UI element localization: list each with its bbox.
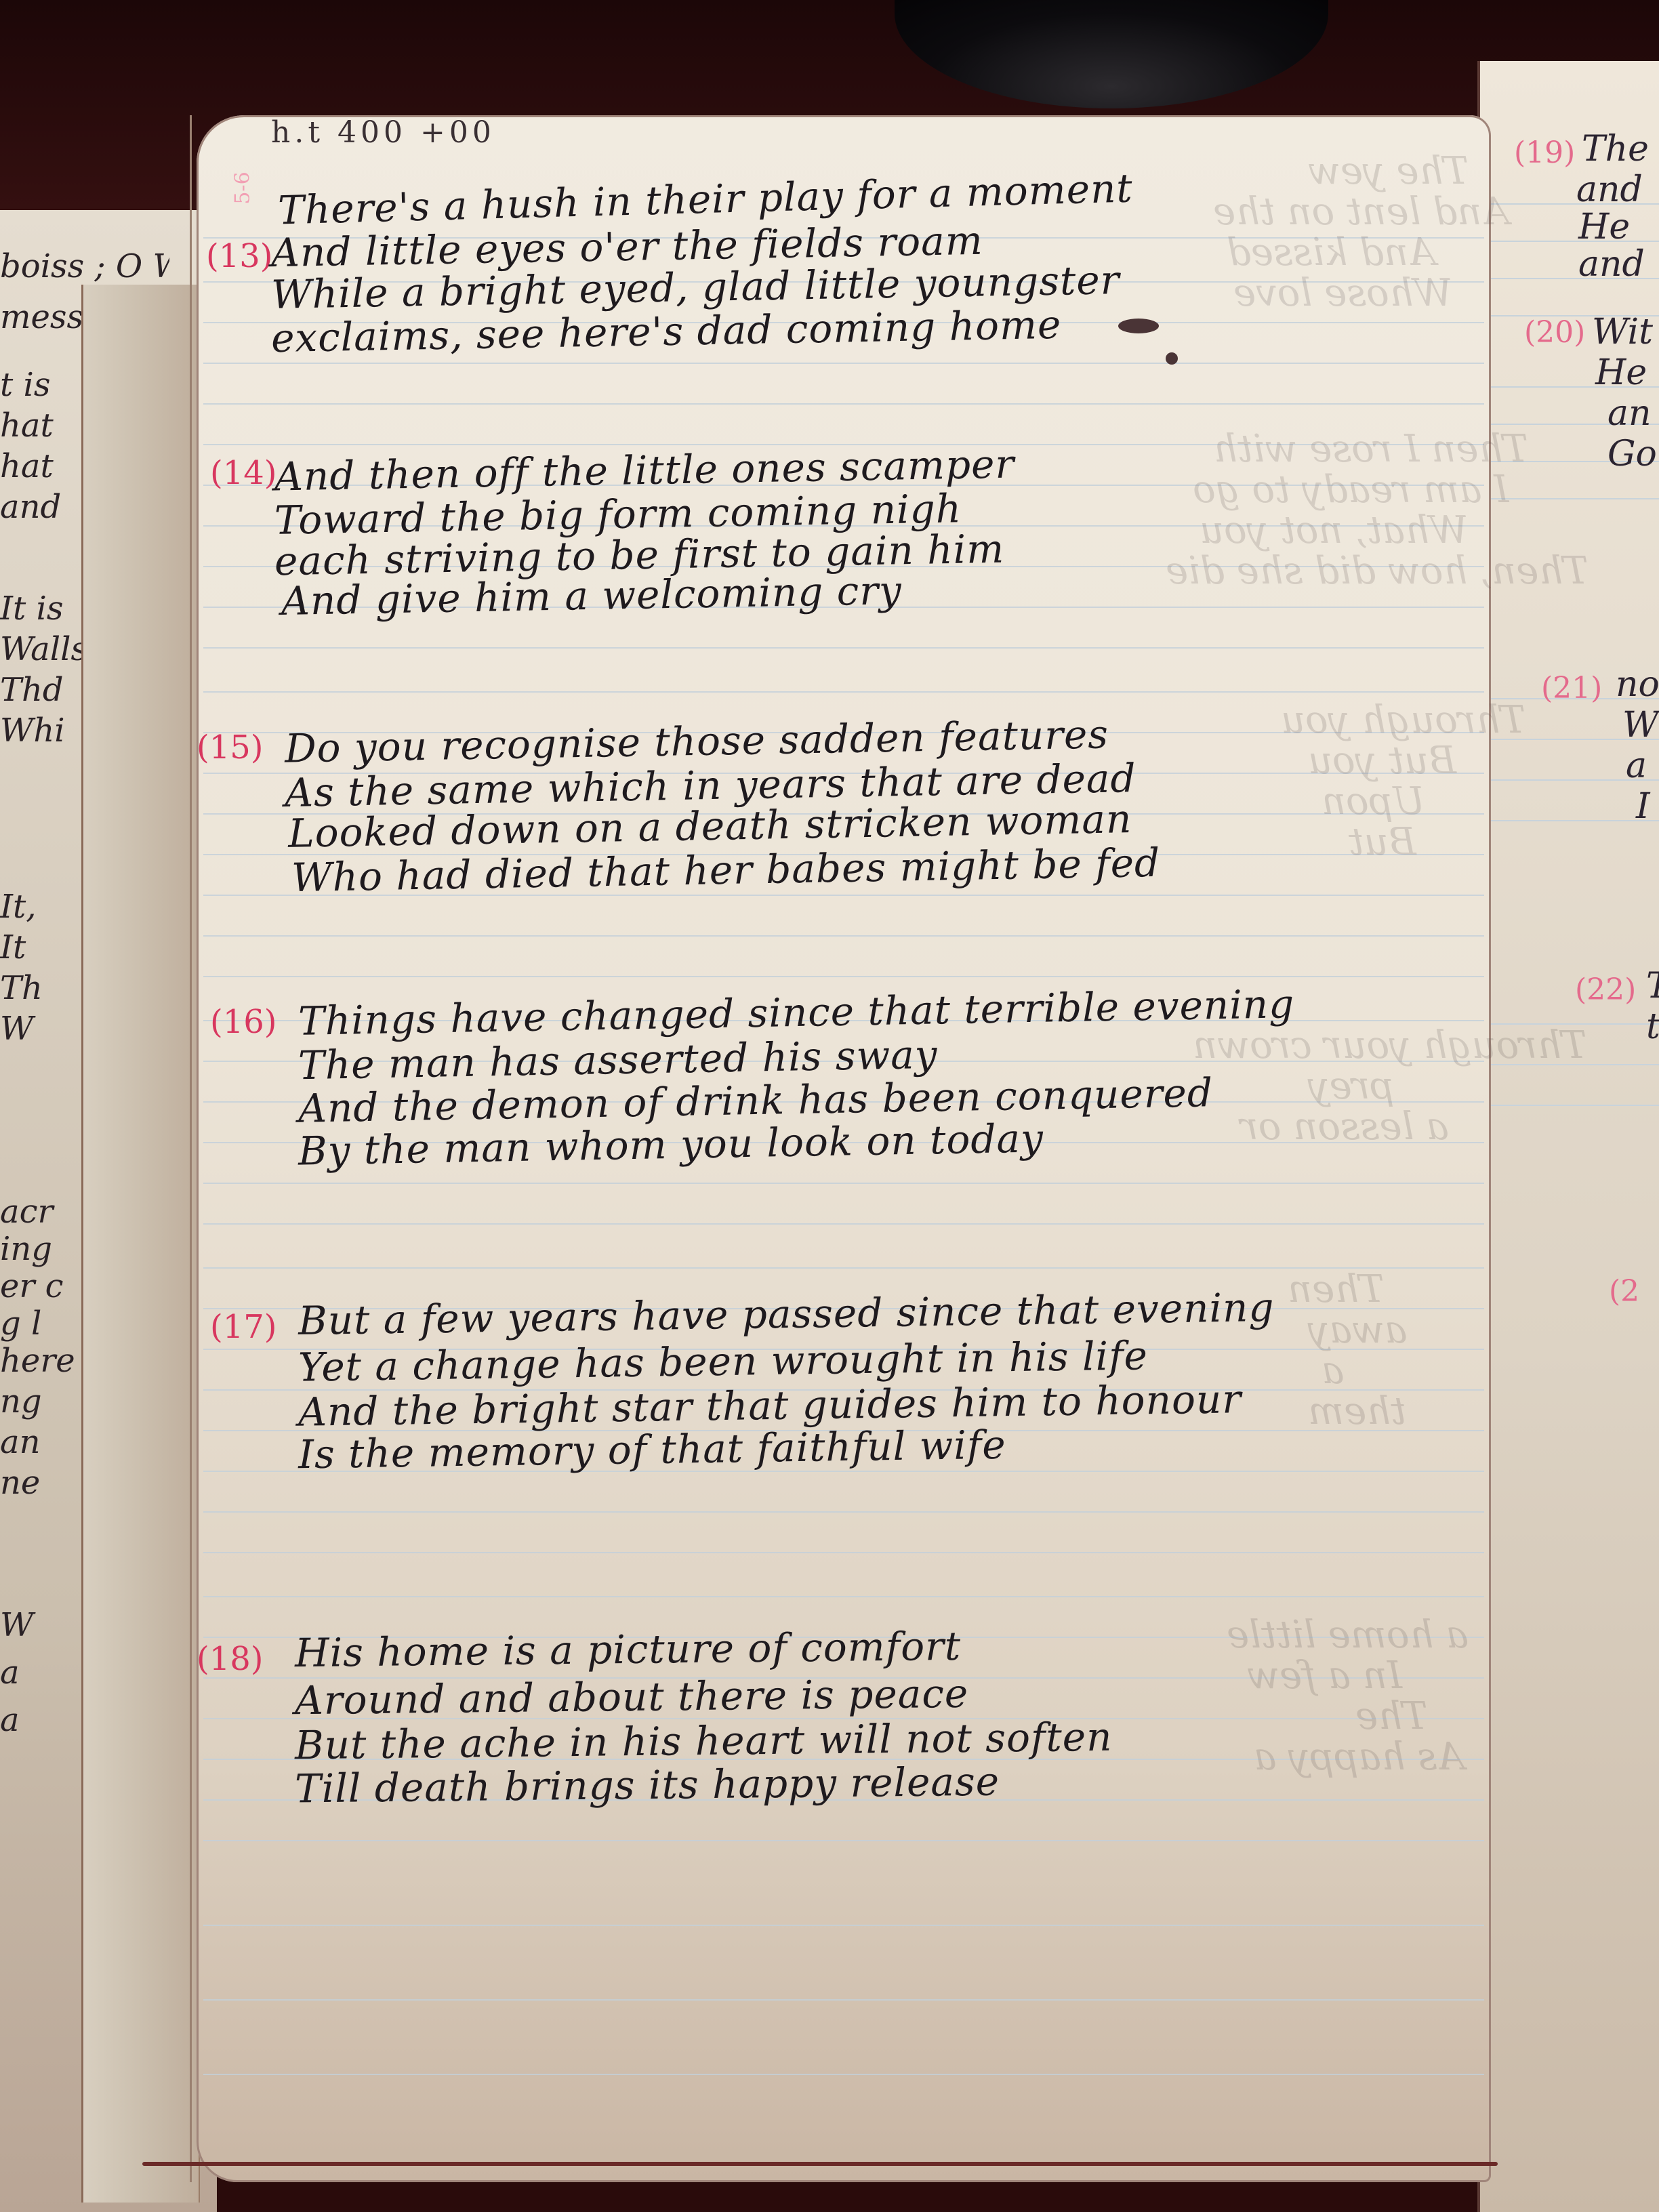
ruled-line — [203, 691, 1484, 693]
bleed-through-text: Whose love — [1233, 271, 1452, 315]
right-fragment: a — [1626, 745, 1647, 786]
ruled-line — [203, 1925, 1484, 1926]
ruled-line — [1480, 1105, 1659, 1106]
poem-line: And give him a welcoming cry — [281, 567, 902, 624]
margin-side-note: 5-6 — [231, 171, 255, 204]
ruled-line — [203, 1223, 1484, 1225]
page-margin-line — [190, 115, 192, 2182]
right-fragment: and — [1576, 169, 1643, 210]
ruled-line — [203, 976, 1484, 977]
right-fragment: no — [1616, 664, 1659, 705]
poem-line: Is the memory of that faithful wife — [298, 1422, 1006, 1478]
stanza-number: (22) — [1575, 972, 1636, 1007]
ruled-line — [203, 1552, 1484, 1553]
bleed-through-text: The yew — [1308, 149, 1469, 193]
left-fragment: boiss ; O Wa — [0, 247, 169, 285]
right-fragment: He — [1578, 207, 1630, 247]
ruled-line — [1480, 241, 1659, 242]
stanza-number: (14) — [210, 454, 277, 492]
ruled-line — [203, 2074, 1484, 2075]
ruled-line — [203, 403, 1484, 405]
poem-line: His home is a picture of comfort — [295, 1623, 962, 1676]
ink-blot — [1166, 352, 1178, 365]
bleed-through-text: Then, how did she die — [1166, 549, 1589, 593]
bleed-through-text: a lesson or — [1240, 1105, 1449, 1149]
stanza-number: (13) — [206, 237, 273, 275]
header-scrawl: h.t 400 +00 — [271, 115, 495, 150]
bleed-through-text: Through your crown — [1193, 1023, 1587, 1067]
ruled-line — [203, 935, 1484, 937]
stanza-number: (2 — [1609, 1274, 1639, 1309]
bleed-through-text: a home little — [1227, 1613, 1469, 1657]
bleed-through-text: a — [1322, 1349, 1344, 1393]
page-bottom-edge — [142, 2162, 1498, 2166]
poem-line: Around and about there is peace — [295, 1671, 969, 1723]
ruled-line — [203, 647, 1484, 649]
bleed-through-text: What, not you — [1200, 508, 1469, 552]
right-fragment: Wit — [1592, 312, 1653, 352]
stanza-number: (16) — [210, 1003, 277, 1041]
stanza-number: (19) — [1514, 136, 1575, 170]
right-fragment: Go — [1607, 434, 1657, 474]
ruled-line — [203, 1999, 1484, 2001]
ruled-line — [203, 1840, 1484, 1841]
ruled-line — [203, 1183, 1484, 1184]
ink-blot — [1118, 319, 1159, 333]
stanza-number: (15) — [197, 729, 264, 766]
bleed-through-text: Through you — [1281, 698, 1525, 742]
right-adjacent-page: (19) The and He and (20) Wit He an Go (2… — [1477, 61, 1659, 2212]
stanza-number: (17) — [210, 1308, 277, 1346]
right-fragment: t — [1646, 1006, 1659, 1047]
stanza-number: (18) — [197, 1640, 264, 1678]
right-fragment: W — [1622, 705, 1658, 745]
bleed-through-text: Then — [1288, 1267, 1385, 1311]
bleed-through-text: And kissed — [1227, 230, 1435, 274]
ruled-line — [203, 1511, 1484, 1513]
right-fragment: The — [1582, 129, 1649, 169]
notebook-page: The yew And lent on the And kissed Whose… — [197, 115, 1491, 2182]
bleed-through-text: away — [1308, 1308, 1407, 1352]
right-fragment: He — [1595, 352, 1647, 393]
torn-page-edges — [81, 285, 200, 2203]
stanza-number: (21) — [1541, 671, 1602, 705]
bleed-through-text: Upon — [1322, 779, 1425, 823]
bleed-through-text: But you — [1308, 739, 1456, 783]
ruled-line — [1480, 820, 1659, 821]
right-fragment: an — [1607, 393, 1652, 434]
ruled-line — [203, 1596, 1484, 1597]
bleed-through-text: prey — [1308, 1064, 1394, 1108]
bleed-through-text: them — [1308, 1389, 1406, 1433]
stanza-number: (20) — [1524, 315, 1585, 350]
bleed-through-text: I am ready to go — [1193, 468, 1509, 512]
bleed-through-text: And lent on the — [1213, 190, 1509, 234]
bleed-through-text: The — [1355, 1694, 1428, 1738]
bleed-through-text: Then I rose with — [1213, 427, 1528, 471]
right-fragment: I — [1636, 786, 1650, 827]
right-fragment: and — [1578, 244, 1645, 285]
poem-line: Till death brings its happy release — [295, 1759, 1000, 1812]
bleed-through-text: But — [1349, 820, 1416, 864]
bleed-through-text: As happy a — [1254, 1735, 1465, 1779]
right-fragment: T — [1646, 966, 1659, 1006]
ruled-line — [203, 363, 1484, 364]
bleed-through-text: In a few — [1247, 1654, 1402, 1698]
